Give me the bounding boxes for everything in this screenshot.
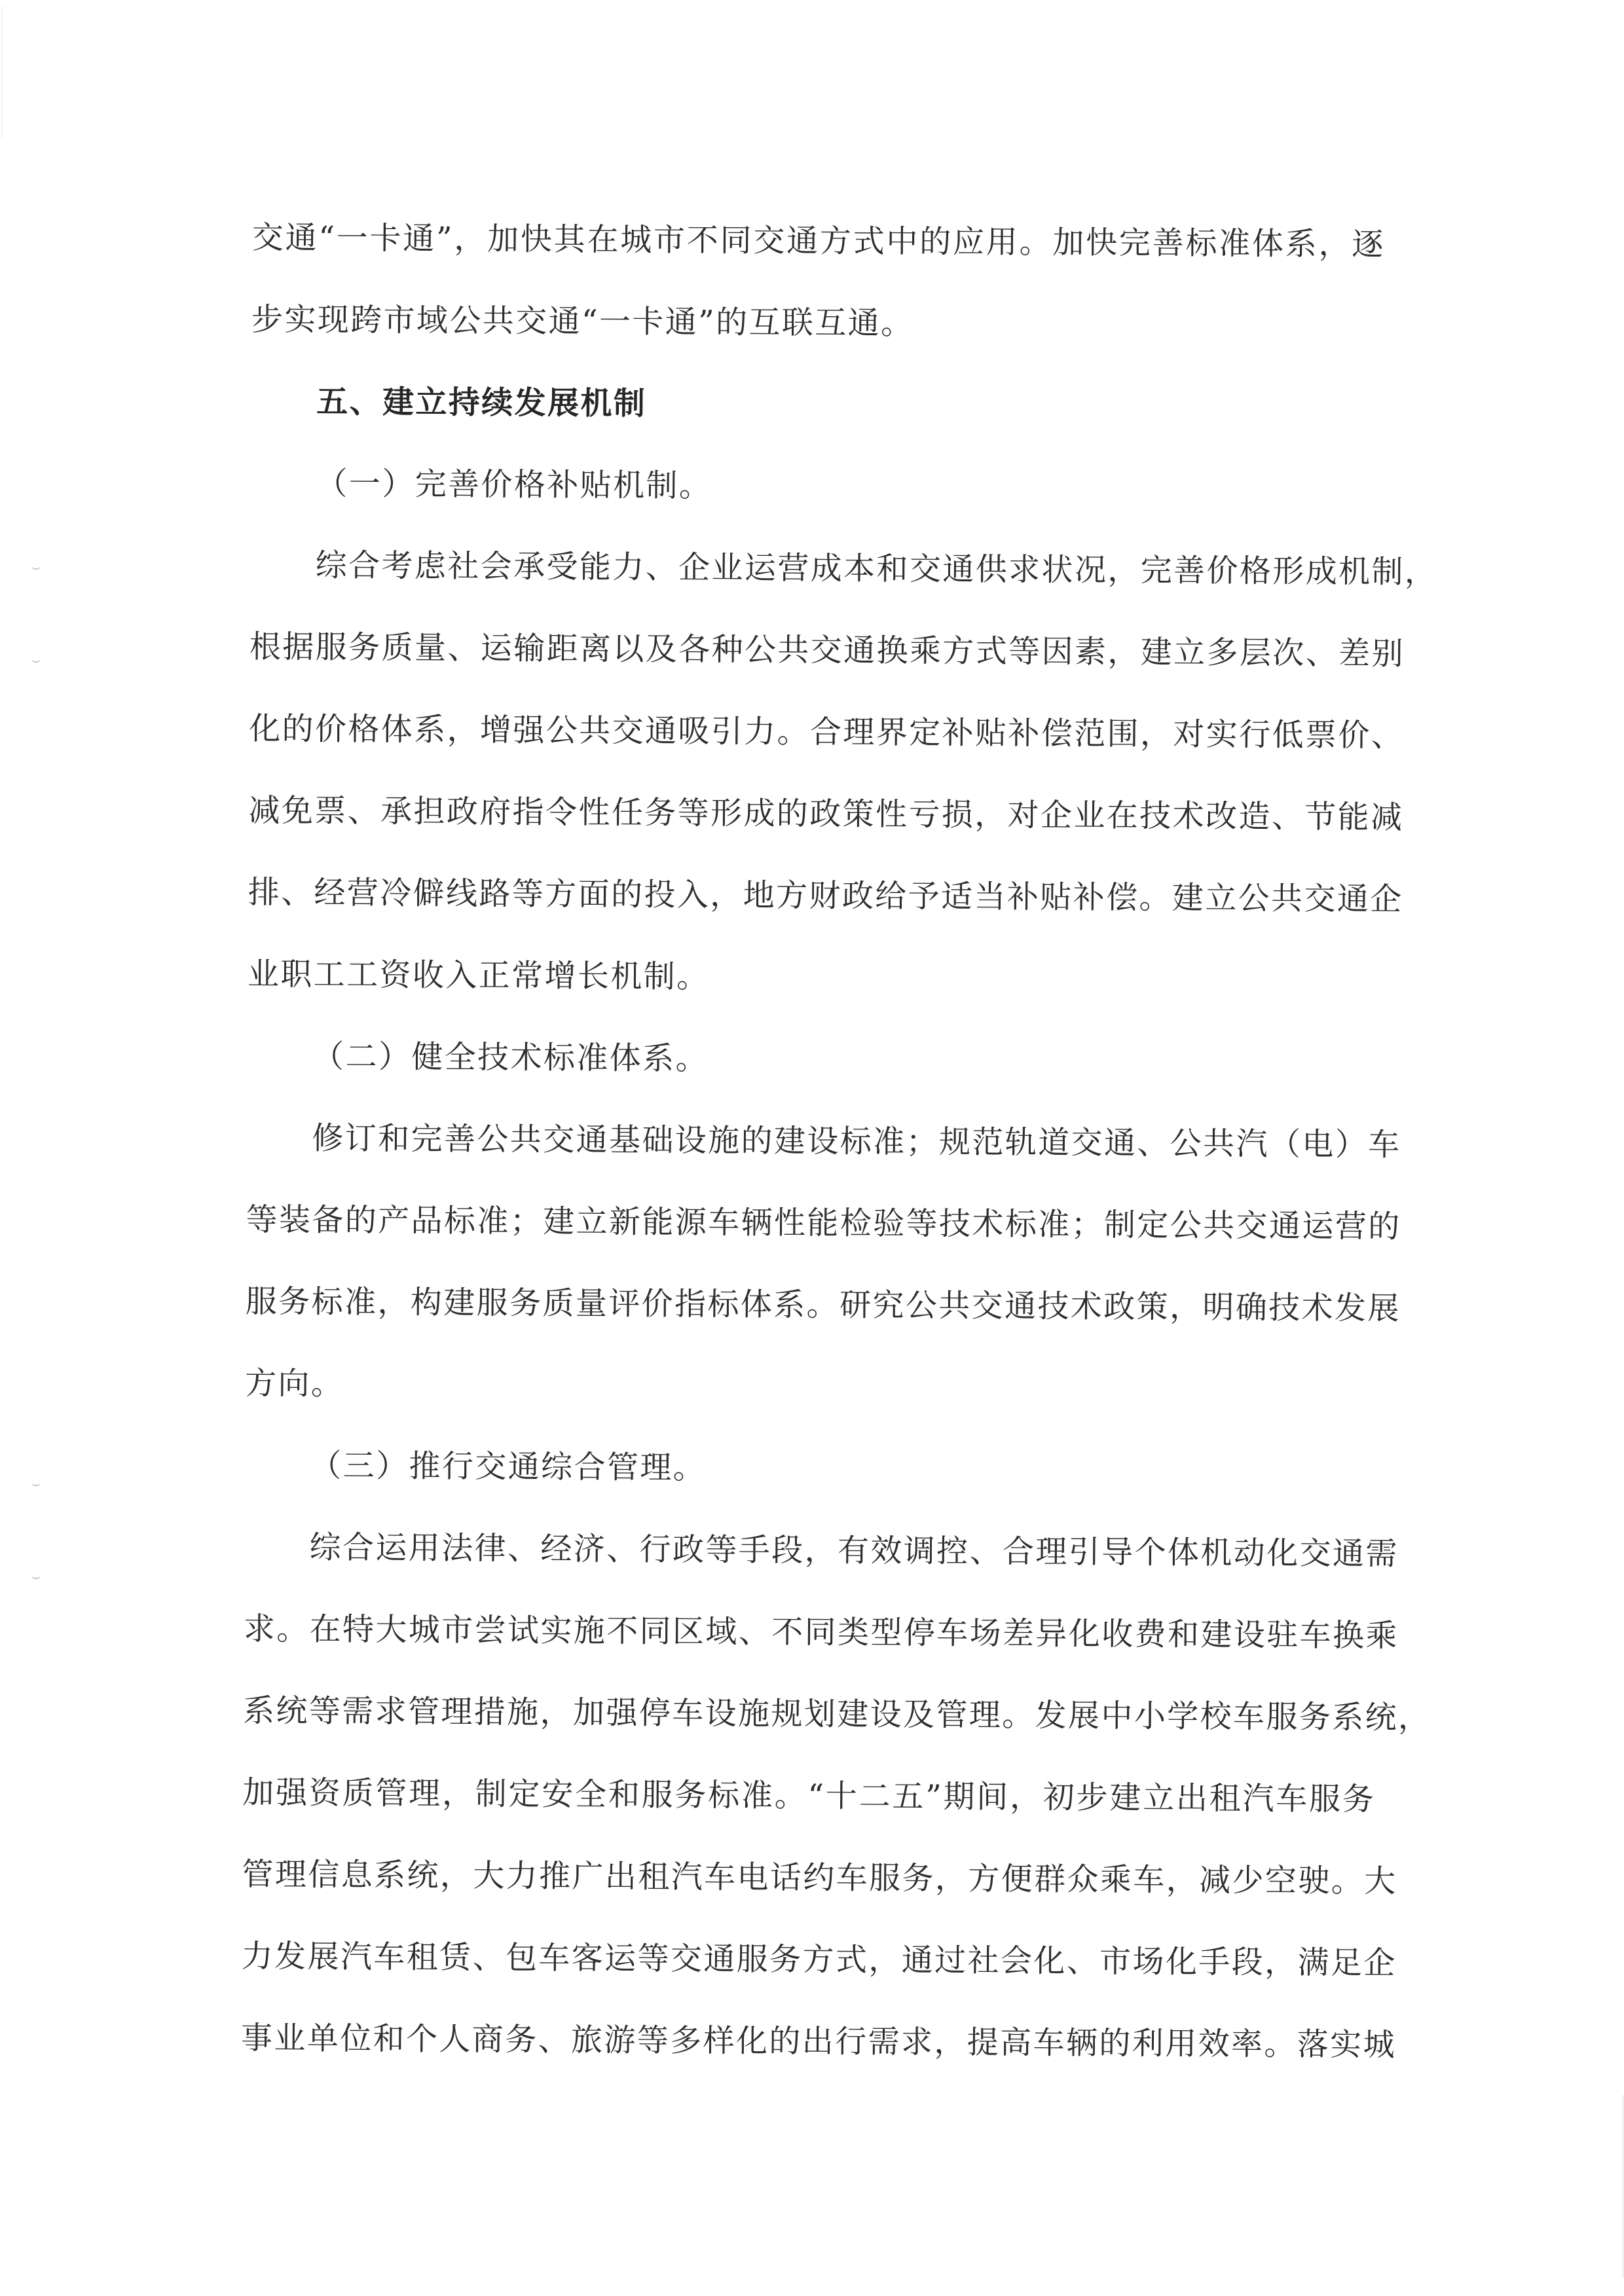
- binder-hole-mark: [31, 657, 41, 663]
- subsection-heading: （一）完善价格补贴机制。: [250, 460, 1384, 549]
- paragraph-line: 交通“一卡通”，加快其在城市不同交通方式中的应用。加快完善标准体系，逐: [251, 215, 1385, 304]
- paragraph-line: 力发展汽车租赁、包车客运等交通服务方式，通过社会化、市场化手段，满足企: [241, 1933, 1375, 2022]
- paragraph-line: 修订和完善公共交通基础设施的建设标准；规范轨道交通、公共汽（电）车: [246, 1115, 1380, 1204]
- subsection-heading: （三）推行交通综合管理。: [244, 1442, 1378, 1531]
- subsection-heading: （二）健全技术标准体系。: [247, 1033, 1380, 1122]
- document-body: 交通“一卡通”，加快其在城市不同交通方式中的应用。加快完善标准体系，逐 步实现跨…: [240, 215, 1385, 2104]
- paragraph-line: 服务标准，构建服务质量评价指标体系。研究公共交通技术政策，明确技术发展: [245, 1279, 1378, 1368]
- paragraph-line: 方向。: [245, 1360, 1378, 1449]
- section-heading: 五、建立持续发展机制: [251, 378, 1384, 467]
- paragraph-line: 等装备的产品标准；建立新能源车辆性能检验等技术标准；制定公共交通运营的: [246, 1197, 1379, 1286]
- paragraph-line: 化的价格体系，增强公共交通吸引力。合理界定补贴补偿范围，对实行低票价、: [249, 706, 1382, 795]
- paragraph-line: 综合考虑社会承受能力、企业运营成本和交通供求状况，完善价格形成机制，: [249, 542, 1383, 631]
- paragraph-line: 根据服务质量、运输距离以及各种公共交通换乘方式等因素，建立多层次、差别: [249, 624, 1382, 713]
- paragraph-line: 求。在特大城市尝试实施不同区域、不同类型停车场差异化收费和建设驻车换乘: [243, 1606, 1376, 1695]
- binder-hole-mark: [31, 564, 41, 570]
- scan-edge-left: [1, 7, 3, 137]
- paragraph-line: 步实现跨市域公共交通“一卡通”的互联互通。: [251, 297, 1384, 386]
- paragraph-line: 减免票、承担政府指令性任务等形成的政策性亏损，对企业在技术改造、节能减: [248, 788, 1382, 877]
- paragraph-line: 系统等需求管理措施，加强停车设施规划建设及管理。发展中小学校车服务系统，: [242, 1688, 1376, 1777]
- binder-hole-mark: [31, 1574, 41, 1579]
- paragraph-line: 业职工工资收入正常增长机制。: [247, 951, 1380, 1040]
- document-page: 交通“一卡通”，加快其在城市不同交通方式中的应用。加快完善标准体系，逐 步实现跨…: [0, 0, 1624, 2296]
- paragraph-line: 加强资质管理，制定安全和服务标准。“十二五”期间，初步建立出租汽车服务: [242, 1770, 1376, 1859]
- paragraph-line: 管理信息系统，大力推广出租汽车电话约车服务，方便群众乘车，减少空驶。大: [242, 1851, 1375, 1941]
- paragraph-line: 排、经营冷僻线路等方面的投入，地方财政给予适当补贴补偿。建立公共交通企: [248, 869, 1381, 958]
- paragraph-line: 综合运用法律、经济、行政等手段，有效调控、合理引导个体机动化交通需: [244, 1524, 1377, 1613]
- binder-hole-mark: [31, 1481, 41, 1486]
- paragraph-line: 事业单位和个人商务、旅游等多样化的出行需求，提高车辆的利用效率。落实城: [240, 2015, 1374, 2104]
